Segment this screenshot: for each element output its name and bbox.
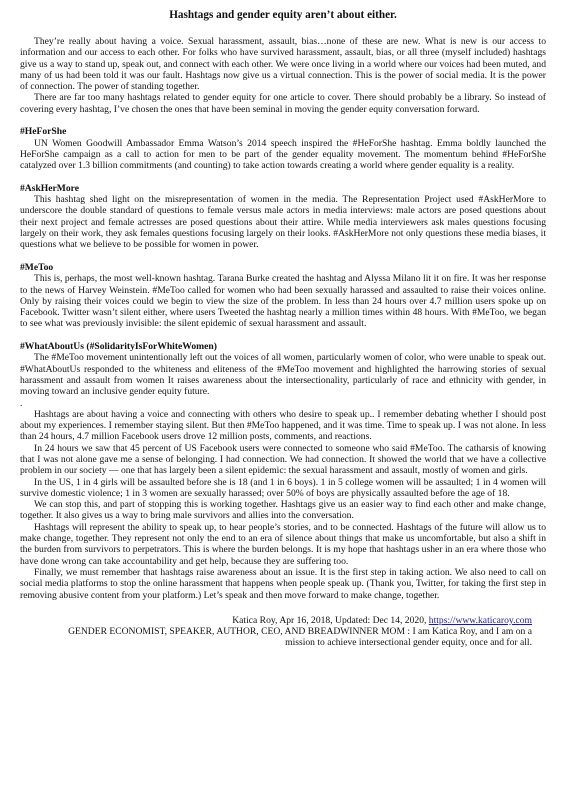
closing-paragraph-5: Hashtags will represent the ability to s… <box>20 522 546 567</box>
document-title: Hashtags and gender equity aren’t about … <box>20 8 546 22</box>
section-heading-askhermore: #AskHerMore <box>20 183 546 194</box>
section-paragraph: This is, perhaps, the most well-known ha… <box>20 273 546 329</box>
spacer <box>20 330 546 341</box>
section-paragraph: The #MeToo movement unintentionally left… <box>20 352 546 397</box>
author-bio-line-2: mission to achieve intersectional gender… <box>20 637 532 648</box>
closing-paragraph-3: In the US, 1 in 4 girls will be assaulte… <box>20 477 546 500</box>
intro-paragraph-2: There are far too many hashtags related … <box>20 92 546 115</box>
spacer <box>20 172 546 183</box>
section-heading-whataboutus: #WhatAboutUs (#SolidarityIsForWhiteWomen… <box>20 341 546 352</box>
section-heforshe: #HeForShe UN Women Goodwill Ambassador E… <box>20 126 546 171</box>
document-page: Hashtags and gender equity aren’t about … <box>0 0 566 800</box>
section-whataboutus: #WhatAboutUs (#SolidarityIsForWhiteWomen… <box>20 341 546 397</box>
section-askhermore: #AskHerMore This hashtag shed light on t… <box>20 183 546 251</box>
spacer <box>20 251 546 262</box>
section-metoo: #MeToo This is, perhaps, the most well-k… <box>20 262 546 330</box>
closing-paragraph-6: Finally, we must remember that hashtags … <box>20 567 546 601</box>
intro-paragraph-1: They’re really about having a voice. Sex… <box>20 36 546 92</box>
section-heading-heforshe: #HeForShe <box>20 126 546 137</box>
closing-paragraph-4: We can stop this, and part of stopping t… <box>20 499 546 522</box>
section-paragraph: UN Women Goodwill Ambassador Emma Watson… <box>20 138 546 172</box>
section-heading-metoo: #MeToo <box>20 262 546 273</box>
author-website-link[interactable]: https://www.katicaroy.com <box>429 615 532 626</box>
article-body: They’re really about having a voice. Sex… <box>20 36 546 601</box>
closing-paragraph-2: In 24 hours we saw that 45 percent of US… <box>20 443 546 477</box>
author-footer: Katica Roy, Apr 16, 2018, Updated: Dec 1… <box>20 615 546 649</box>
author-bio-line-1: GENDER ECONOMIST, SPEAKER, AUTHOR, CEO, … <box>20 626 532 637</box>
spacer <box>20 115 546 126</box>
closing-paragraph-1: Hashtags are about having a voice and co… <box>20 409 546 443</box>
stray-period: . <box>20 398 546 409</box>
byline: Katica Roy, Apr 16, 2018, Updated: Dec 1… <box>232 615 429 626</box>
byline-line: Katica Roy, Apr 16, 2018, Updated: Dec 1… <box>20 615 532 626</box>
section-paragraph: This hashtag shed light on the misrepres… <box>20 194 546 250</box>
